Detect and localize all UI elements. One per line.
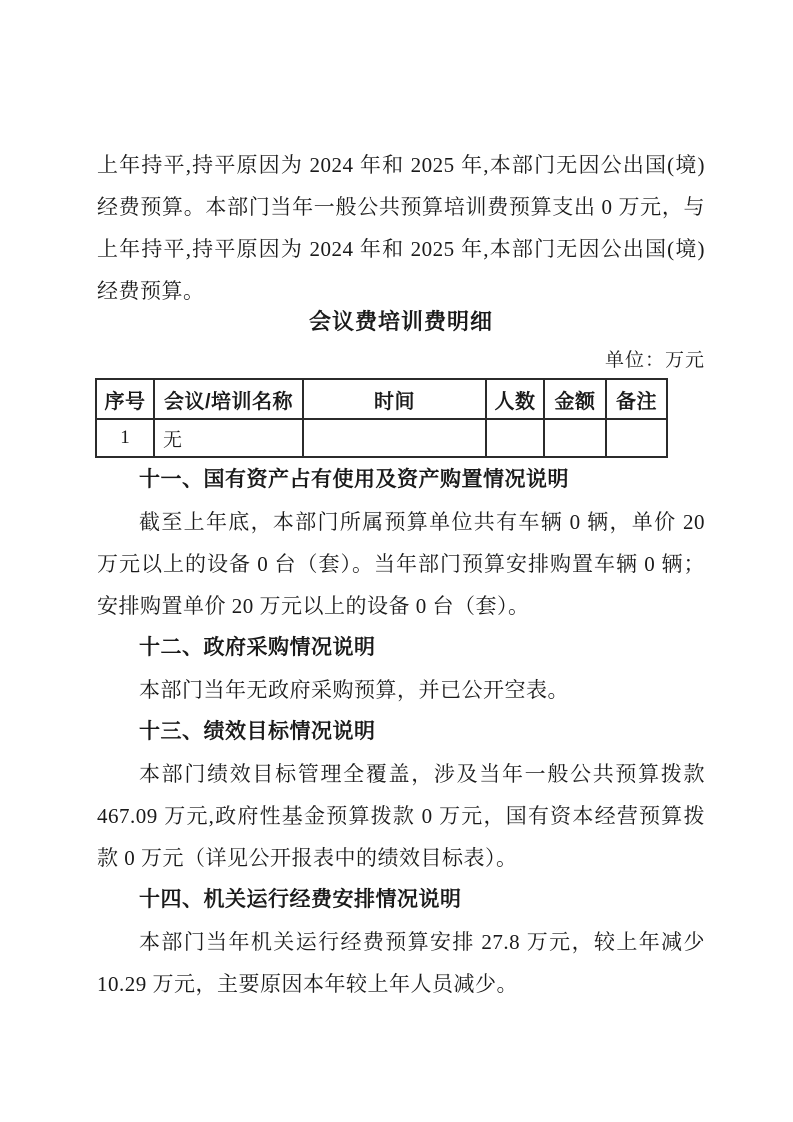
section-11: 十一、国有资产占有使用及资产购置情况说明 截至上年底，本部门所属预算单位共有车辆… xyxy=(97,459,705,627)
section-13-line: 467.09 万元,政府性基金预算拨款 0 万元，国有资本经营预算拨 xyxy=(97,795,705,837)
section-14-heading: 十四、机关运行经费安排情况说明 xyxy=(97,879,705,921)
section-11-heading: 十一、国有资产占有使用及资产购置情况说明 xyxy=(97,459,705,501)
intro-line: 上年持平,持平原因为 2024 年和 2025 年,本部门无因公出国(境) xyxy=(97,228,705,270)
section-14-line: 本部门当年机关运行经费预算安排 27.8 万元，较上年减少 xyxy=(97,921,705,963)
meeting-training-table: 序号 会议/培训名称 时间 人数 金额 备注 1 无 xyxy=(95,378,668,458)
section-14-line: 10.29 万元，主要原因本年较上年人员减少。 xyxy=(97,963,705,1005)
table-row: 1 无 xyxy=(96,419,667,457)
section-13-heading: 十三、绩效目标情况说明 xyxy=(97,711,705,753)
document-page: 上年持平,持平原因为 2024 年和 2025 年,本部门无因公出国(境) 经费… xyxy=(0,0,793,1122)
sections: 十一、国有资产占有使用及资产购置情况说明 截至上年底，本部门所属预算单位共有车辆… xyxy=(97,459,705,1005)
cell-people xyxy=(486,419,544,457)
col-header-people: 人数 xyxy=(486,379,544,419)
intro-line: 经费预算。本部门当年一般公共预算培训费预算支出 0 万元，与 xyxy=(97,186,705,228)
table-header-row: 序号 会议/培训名称 时间 人数 金额 备注 xyxy=(96,379,667,419)
cell-index: 1 xyxy=(96,419,154,457)
section-14: 十四、机关运行经费安排情况说明 本部门当年机关运行经费预算安排 27.8 万元，… xyxy=(97,879,705,1005)
col-header-time: 时间 xyxy=(303,379,486,419)
unit-note: 单位：万元 xyxy=(97,343,705,378)
cell-amount xyxy=(544,419,606,457)
section-13-line: 本部门绩效目标管理全覆盖，涉及当年一般公共预算拨款 xyxy=(97,753,705,795)
intro-line: 上年持平,持平原因为 2024 年和 2025 年,本部门无因公出国(境) xyxy=(97,144,705,186)
section-13: 十三、绩效目标情况说明 本部门绩效目标管理全覆盖，涉及当年一般公共预算拨款 46… xyxy=(97,711,705,879)
col-header-index: 序号 xyxy=(96,379,154,419)
page-content: 上年持平,持平原因为 2024 年和 2025 年,本部门无因公出国(境) 经费… xyxy=(97,0,705,1005)
section-11-line: 万元以上的设备 0 台（套）。当年部门预算安排购置车辆 0 辆； xyxy=(97,543,705,585)
section-12-line: 本部门当年无政府采购预算，并已公开空表。 xyxy=(97,669,705,711)
section-11-line: 截至上年底，本部门所属预算单位共有车辆 0 辆，单价 20 xyxy=(97,501,705,543)
intro-paragraph: 上年持平,持平原因为 2024 年和 2025 年,本部门无因公出国(境) 经费… xyxy=(97,144,705,312)
section-12: 十二、政府采购情况说明 本部门当年无政府采购预算，并已公开空表。 xyxy=(97,627,705,711)
col-header-amount: 金额 xyxy=(544,379,606,419)
section-12-heading: 十二、政府采购情况说明 xyxy=(97,627,705,669)
cell-time xyxy=(303,419,486,457)
col-header-remark: 备注 xyxy=(606,379,667,419)
cell-name: 无 xyxy=(154,419,303,457)
section-11-line: 安排购置单价 20 万元以上的设备 0 台（套）。 xyxy=(97,585,705,627)
section-13-line: 款 0 万元（详见公开报表中的绩效目标表）。 xyxy=(97,837,705,879)
cell-remark xyxy=(606,419,667,457)
col-header-name: 会议/培训名称 xyxy=(154,379,303,419)
